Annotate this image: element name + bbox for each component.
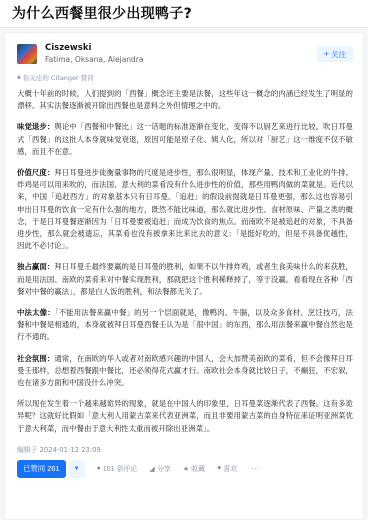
upvote-button[interactable]: 已赞同 261 [17, 460, 66, 478]
paragraph: 中法太像：「不能用法餐来赢中餐」的另一个层面就是，像鸭肉、牛膈，以及众多食材、烹… [17, 307, 353, 344]
paragraph-text: 所以现在发生着一个越来越诡异的现象，就是在中国人的印象里，日耳曼菜逐渐代表了西餐… [17, 399, 353, 432]
paragraph: 独占赢面：拜日耳曼壬最终要赢的是日耳曼的胜利，如果不以牛排炸鸡，或者生食美味什么… [17, 261, 353, 298]
collect-label: 收藏 [191, 464, 205, 474]
paragraph: 味觉退步：舆论中「西餐和中餐比」这一话题的标准逐渐在变化，变得不以厨艺来进行比较… [17, 121, 353, 158]
more-button[interactable]: ··· [251, 465, 261, 473]
avatar[interactable] [17, 44, 37, 64]
paragraph-text: 拜日耳曼进步徒衡量事物的尺度是进步性，那么很明显，体现产量、技术和工业化的牛排、… [17, 168, 353, 250]
author-info: Ciszewski Fatima, Oksana, Alejandra [45, 43, 317, 65]
paragraph-lead: 独占赢面： [17, 262, 54, 271]
share-label: 分享 [157, 464, 171, 474]
answer-card: Ciszewski Fatima, Oksana, Alejandra + 关注… [4, 32, 364, 520]
comments-label: 101 条评论 [103, 464, 138, 474]
paragraph-text: 舆论中「西餐和中餐比」这一话题的标准逐渐在变化，变得不以厨艺来进行比较。吹日耳曼… [17, 122, 353, 155]
action-bar: 已赞同 261 ▼ ● 101 条评论 ◢ 分享 ★ 收藏 ♥ 喜欢 ··· [17, 459, 355, 479]
paragraph: 社会氛围：通常，在南欧的华人或者对南欧感兴趣的中国人，会大加赞美南欧的菜肴，但不… [17, 353, 353, 390]
paragraph-text: 大概十年前的时候，人们提到的「西餐」概念还主要是法餐，这些年这一概念的内涵已经发… [17, 89, 353, 110]
author-name[interactable]: Ciszewski [45, 43, 317, 54]
paragraph-lead: 社会氛围： [17, 354, 54, 363]
author-bio: Fatima, Oksana, Alejandra [45, 54, 317, 65]
endorsement-row: ▲ 你关注的 Citanger 赞同 [17, 72, 355, 82]
upvote-triangle-icon: ▲ [17, 74, 21, 80]
upvote-label: 已赞同 261 [23, 463, 60, 474]
paragraph-lead: 味觉退步： [17, 122, 54, 131]
like-button[interactable]: ♥ 喜欢 [217, 464, 237, 474]
paragraph-text: 「不能用法餐来赢中餐」的另一个层面就是，像鸭肉、牛膈，以及众多食材、烹饪技巧，法… [17, 308, 353, 341]
share-button[interactable]: ◢ 分享 [149, 464, 170, 474]
plus-icon: + [324, 50, 329, 59]
star-icon: ★ [183, 465, 189, 473]
heart-icon: ♥ [217, 465, 221, 472]
follow-label: 关注 [331, 49, 346, 60]
edit-time[interactable]: 编辑于 2024-01-12 23:09 [17, 444, 355, 456]
endorsement-text: 你关注的 Citanger 赞同 [23, 73, 94, 82]
question-title[interactable]: 为什么西餐里很少出现鸭子? [12, 3, 356, 25]
paragraph: 价值尺度：拜日耳曼进步徒衡量事物的尺度是进步性，那么很明显，体现产量、技术和工业… [17, 167, 353, 252]
paragraph-lead: 价值尺度： [17, 168, 54, 177]
comment-icon: ● [97, 465, 101, 472]
follow-button[interactable]: + 关注 [317, 46, 353, 62]
answer-content: 大概十年前的时候，人们提到的「西餐」概念还主要是法餐，这些年这一概念的内涵已经发… [17, 88, 355, 435]
paragraph: 大概十年前的时候，人们提到的「西餐」概念还主要是法餐，这些年这一概念的内涵已经发… [17, 88, 353, 112]
share-icon: ◢ [149, 465, 154, 473]
paragraph: 所以现在发生着一个越来越诡异的现象，就是在中国人的印象里，日耳曼菜逐渐代表了西餐… [17, 398, 353, 435]
like-label: 喜欢 [223, 464, 237, 474]
collect-button[interactable]: ★ 收藏 [183, 464, 205, 474]
author-row: Ciszewski Fatima, Oksana, Alejandra + 关注 [13, 41, 355, 67]
question-header: 为什么西餐里很少出现鸭子? [0, 0, 368, 28]
paragraph-text: 通常，在南欧的华人或者对南欧感兴趣的中国人，会大加赞美南欧的菜肴，但不会像拜日耳… [17, 354, 353, 387]
comments-button[interactable]: ● 101 条评论 [97, 464, 138, 474]
downvote-button[interactable]: ▼ [69, 460, 85, 478]
downvote-icon: ▼ [74, 466, 80, 472]
paragraph-text: 拜日耳曼壬最终要赢的是日耳曼的胜利，如果不以牛排炸鸡，或者生食美味什么的来获胜，… [17, 262, 353, 295]
paragraph-lead: 中法太像： [17, 308, 55, 317]
